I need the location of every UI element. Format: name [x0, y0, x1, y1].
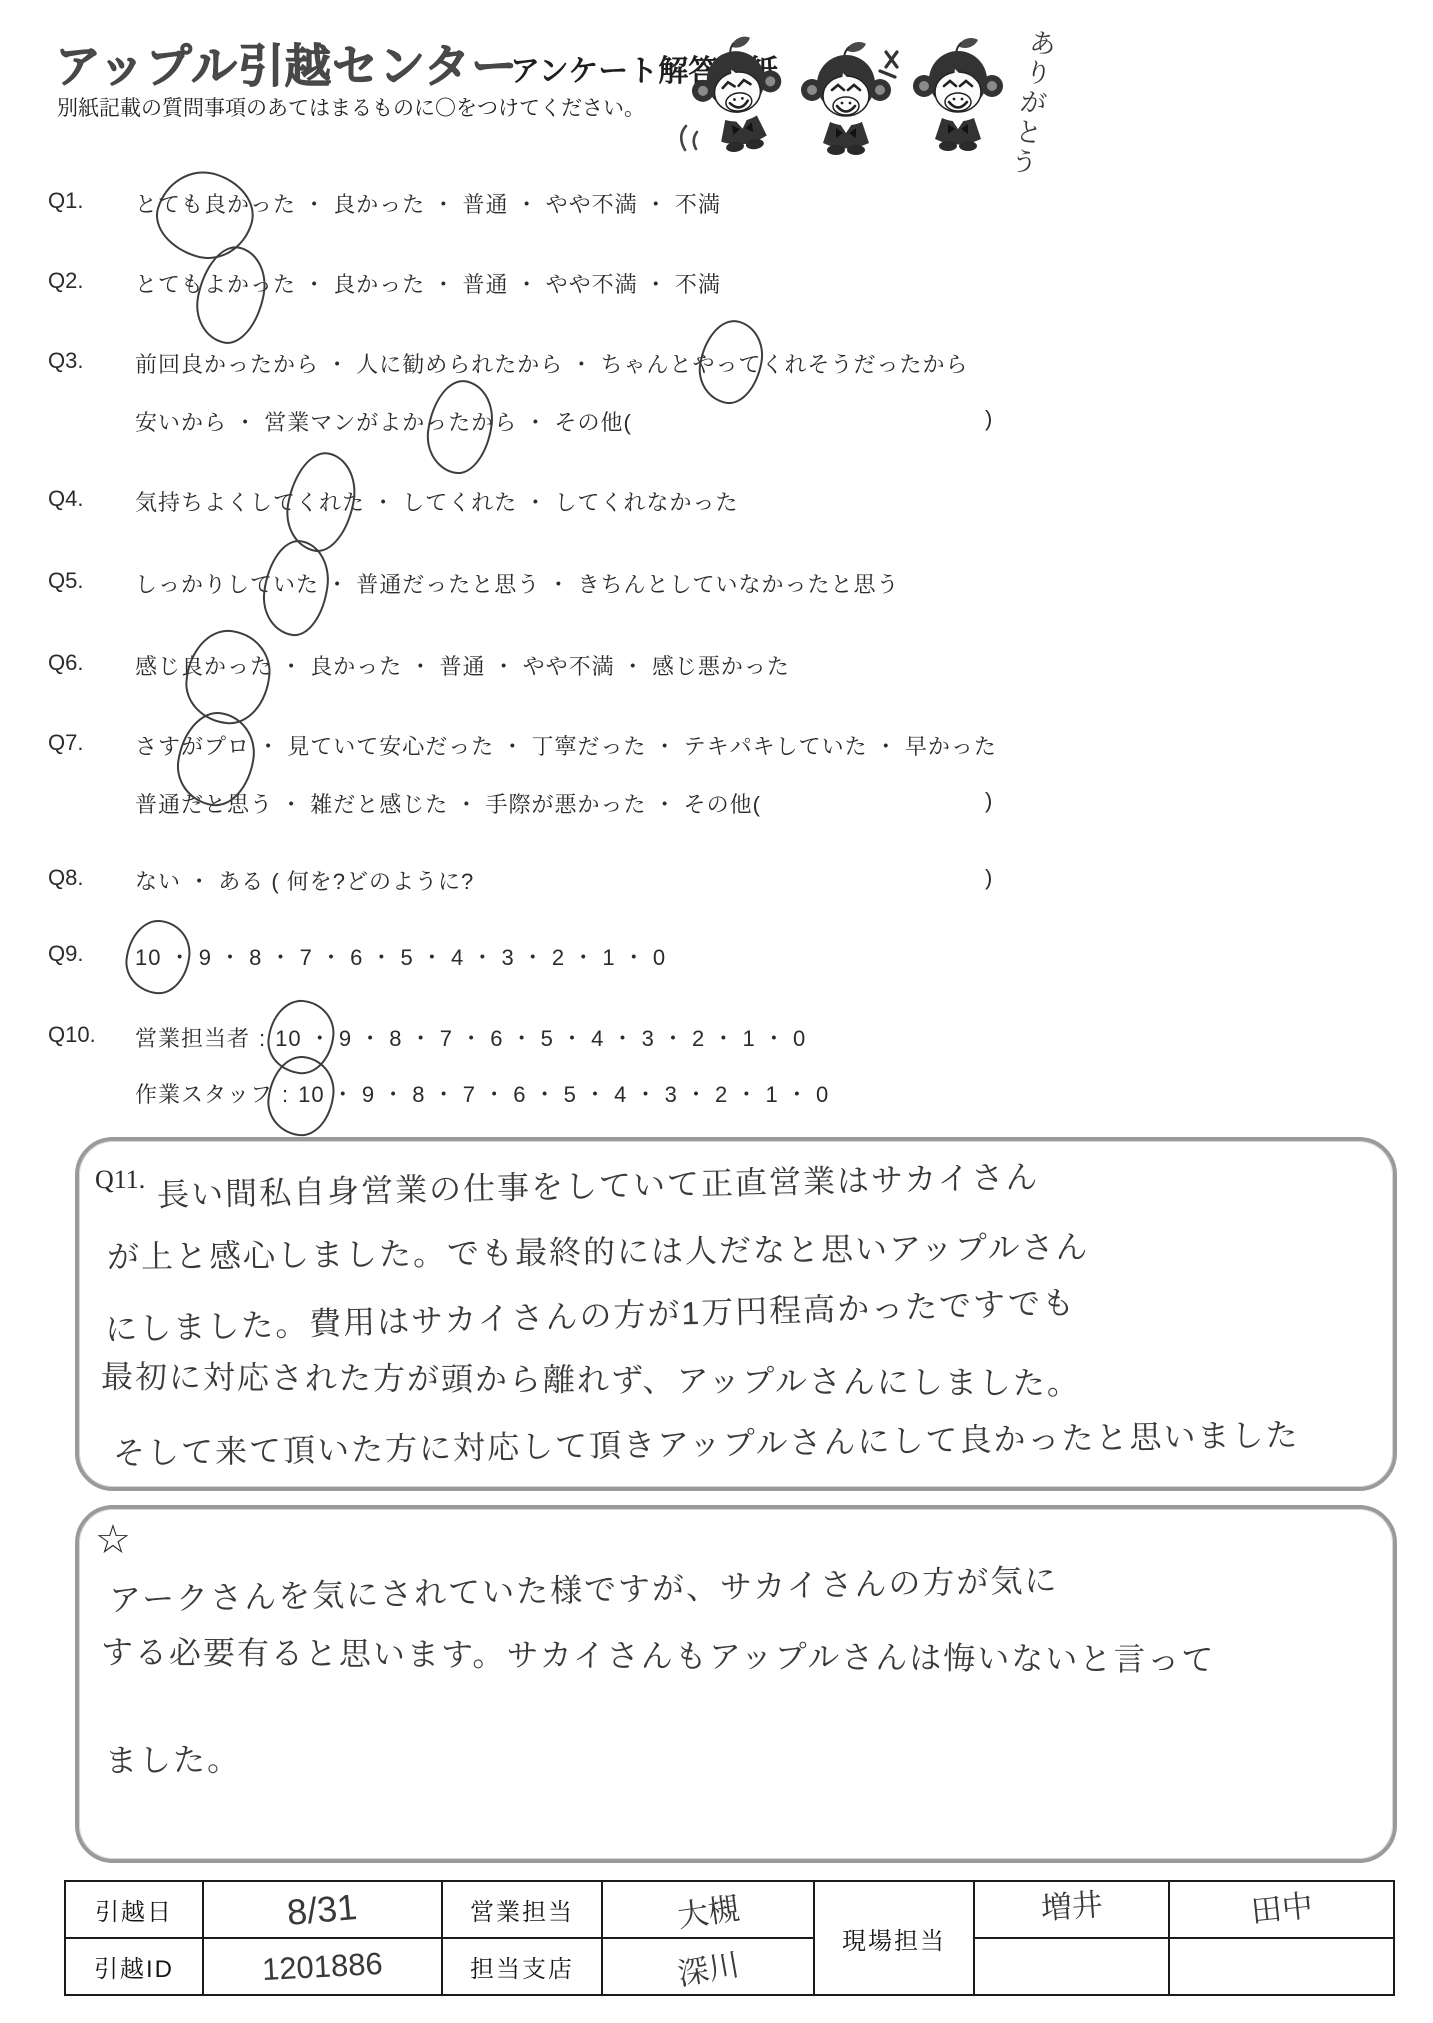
- q8-options: ない ・ ある ( 何を?どのように?: [135, 865, 474, 896]
- monkey-mascots-svg: [680, 26, 1010, 168]
- branch-value: 深川: [602, 1938, 814, 1995]
- q10-sales-label: 営業担当者: [135, 1026, 250, 1051]
- q7-options-line1: さすがプロ ・ 見ていて安心だった ・ 丁寧だった ・ テキパキしていた ・ 早…: [135, 730, 997, 761]
- monkey-icon: [801, 42, 891, 155]
- q9-label: Q9.: [48, 941, 83, 967]
- sales-rep-value: 大槻: [602, 1881, 814, 1938]
- extra-comment-box: ☆ アークさんを気にされていた様ですが、サカイさんの方が気に する必要有ると思い…: [75, 1505, 1397, 1863]
- survey-answer-sheet: アップル引越センター アンケート解答用紙 別紙記載の質問事項のあてはまるものに〇…: [0, 0, 1433, 2023]
- q3-options-line1: 前回良かったから ・ 人に勧められたから ・ ちゃんとやってくれそうだったから: [135, 348, 968, 379]
- q8-paren-close: ): [985, 865, 992, 891]
- onsite-rep-value-1: 増井: [974, 1881, 1169, 1938]
- extra-comment-line: する必要有ると思います。サカイさんもアップルさんは悔いないと言って: [101, 1627, 1216, 1681]
- sparkle-icon: [880, 52, 897, 77]
- branch-label: 担当支店: [442, 1938, 602, 1995]
- onsite-rep-empty-2: [1169, 1938, 1394, 1995]
- q10-sales-scale: 10 ・ 9 ・ 8 ・ 7 ・ 6 ・ 5 ・ 4 ・ 3 ・ 2 ・ 1 ・…: [275, 1026, 806, 1051]
- handwritten-circle-q9: [122, 917, 193, 997]
- motion-lines-icon: [681, 126, 697, 150]
- instruction-text: 別紙記載の質問事項のあてはまるものに〇をつけてください。: [57, 92, 645, 122]
- move-date-value: 8/31: [203, 1881, 442, 1938]
- sales-rep-label: 営業担当: [442, 1881, 602, 1938]
- q10-colon: :: [259, 1026, 266, 1051]
- q4-label: Q4.: [48, 486, 83, 512]
- onsite-rep-value-2: 田中: [1169, 1881, 1394, 1938]
- handwritten-circle-q3-line1: [693, 315, 769, 408]
- handwritten-circle-q10-staff: [264, 1053, 338, 1139]
- q7-paren-close: ): [985, 788, 992, 814]
- q1-label: Q1.: [48, 188, 83, 214]
- table-row: 引越日 8/31 営業担当 大槻 現場担当 増井 田中: [65, 1881, 1394, 1938]
- move-date-label: 引越日: [65, 1881, 203, 1938]
- q11-answer-line: 最初に対応された方が頭から離れず、アップルさんにしました。: [101, 1352, 1081, 1405]
- q3-label: Q3.: [48, 348, 83, 374]
- table-row: 引越ID 1201886 担当支店 深川: [65, 1938, 1394, 1995]
- q10-staff-label: 作業スタッフ: [135, 1082, 273, 1107]
- brand-logo-text: アップル引越センター: [55, 30, 518, 96]
- handwritten-circle-q3-line2: [422, 376, 498, 478]
- footer-info-table: 引越日 8/31 営業担当 大槻 現場担当 増井 田中 引越ID 1201886…: [64, 1880, 1395, 1996]
- star-icon: ☆: [95, 1517, 131, 1563]
- q6-label: Q6.: [48, 650, 83, 676]
- handwritten-circle-q5: [258, 536, 333, 639]
- extra-comment-line: アークさんを気にされていた様ですが、サカイさんの方が気に: [109, 1555, 1059, 1621]
- extra-comment-line: ました。: [105, 1734, 241, 1781]
- q10-sales-row: 営業担当者:10 ・ 9 ・ 8 ・ 7 ・ 6 ・ 5 ・ 4 ・ 3 ・ 2…: [135, 1022, 806, 1053]
- q2-label: Q2.: [48, 268, 83, 294]
- q11-answer-line: にしました。費用はサカイさんの方が1万円程高かったですでも: [105, 1277, 1077, 1350]
- q5-options: しっかりしていた ・ 普通だったと思う ・ きちんとしていなかったと思う: [135, 568, 899, 599]
- monkey-icon: [685, 32, 790, 156]
- q5-label: Q5.: [48, 568, 83, 594]
- q3-paren-close: ): [985, 406, 992, 432]
- move-id-value: 1201886: [203, 1938, 442, 1995]
- handwritten-circle-q6: [182, 627, 274, 728]
- q11-answer-box: Q11. 長い間私自身営業の仕事をしていて正直営業はサカイさん が上と感心しまし…: [75, 1137, 1397, 1491]
- onsite-rep-label: 現場担当: [814, 1881, 974, 1995]
- q7-label: Q7.: [48, 730, 83, 756]
- q3-options-line2: 安いから ・ 営業マンがよかったから ・ その他(: [135, 406, 632, 437]
- move-id-label: 引越ID: [65, 1938, 203, 1995]
- q10-staff-row: 作業スタッフ:10 ・ 9 ・ 8 ・ 7 ・ 6 ・ 5 ・ 4 ・ 3 ・ …: [135, 1078, 829, 1109]
- monkey-mascots-illustration: [680, 26, 1010, 173]
- q4-options: 気持ちよくしてくれた ・ してくれた ・ してくれなかった: [135, 486, 738, 517]
- monkey-icon: [913, 38, 1003, 151]
- q10-staff-scale: 10 ・ 9 ・ 8 ・ 7 ・ 6 ・ 5 ・ 4 ・ 3 ・ 2 ・ 1 ・…: [298, 1082, 829, 1107]
- q11-answer-line: が上と感心しました。でも最終的には人だなと思いアップルさん: [107, 1222, 1090, 1278]
- q9-scale: 10 ・ 9 ・ 8 ・ 7 ・ 6 ・ 5 ・ 4 ・ 3 ・ 2 ・ 1 ・…: [135, 941, 666, 972]
- q11-answer-line: そして来て頂いた方に対応して頂きアップルさんにして良かったと思いました: [113, 1410, 1300, 1475]
- q11-label: Q11.: [95, 1165, 145, 1195]
- q11-answer-line: 長い間私自身営業の仕事をしていて正直営業はサカイさん: [157, 1152, 1040, 1216]
- q8-label: Q8.: [48, 865, 83, 891]
- onsite-rep-empty-1: [974, 1938, 1169, 1995]
- q10-label: Q10.: [48, 1022, 96, 1048]
